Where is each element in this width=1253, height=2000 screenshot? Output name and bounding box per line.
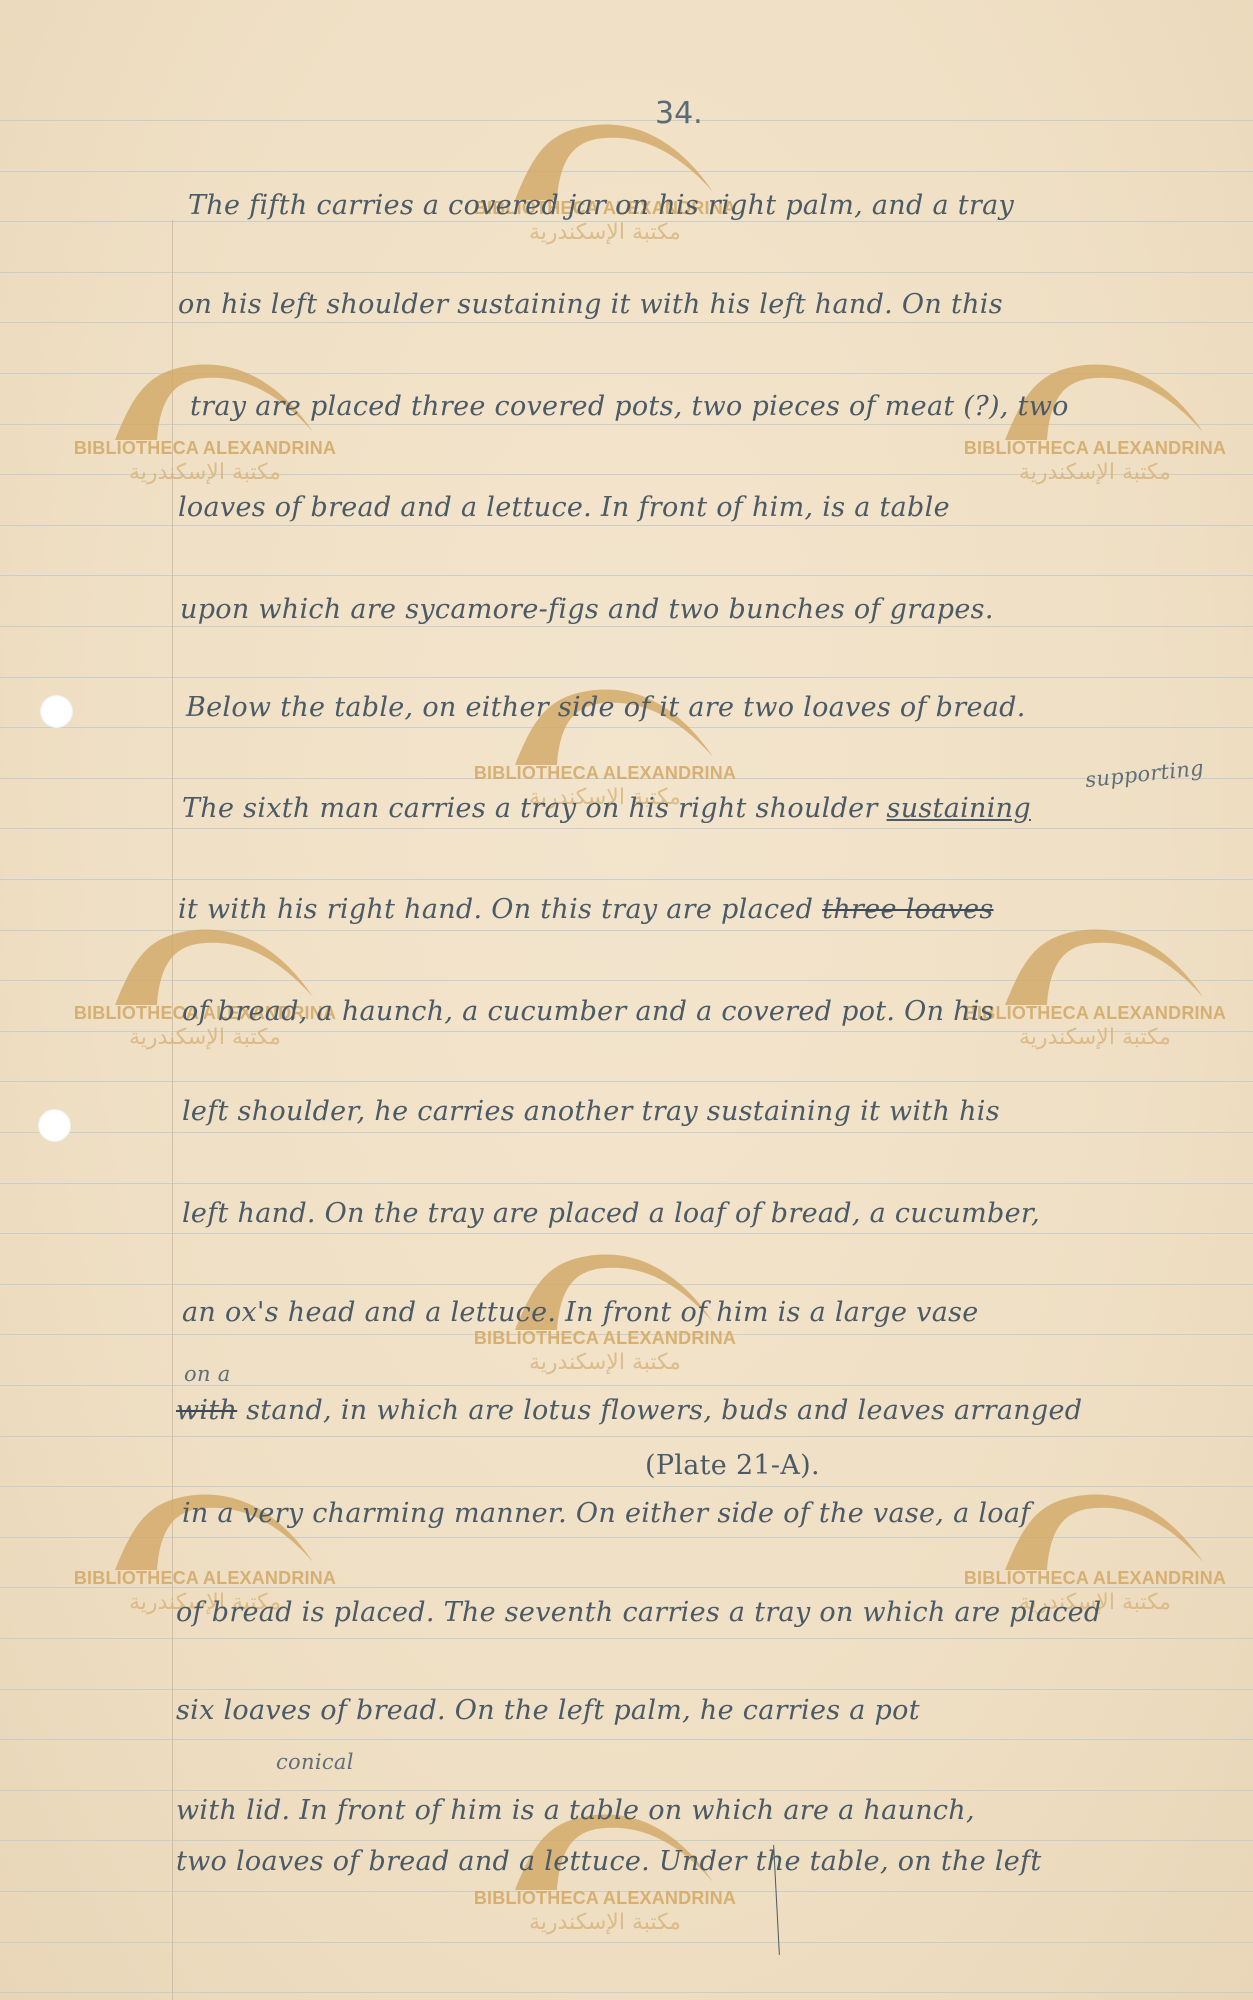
rule-line <box>0 677 1253 678</box>
rule-line <box>0 1132 1253 1133</box>
rule-line <box>0 424 1253 425</box>
text-line-9: of bread, a haunch, a cucumber and a cov… <box>182 996 994 1027</box>
rule-line <box>0 1233 1253 1234</box>
rule-line <box>0 1739 1253 1740</box>
rule-line <box>0 1436 1253 1437</box>
text-line-7: The sixth man carries a tray on his righ… <box>182 793 1031 824</box>
rule-line <box>0 1081 1253 1082</box>
margin-line <box>172 220 173 2000</box>
text-line-3: tray are placed three covered pots, two … <box>190 391 1069 422</box>
text-line-15: of bread is placed. The seventh carries … <box>176 1597 1102 1628</box>
text-line-10: left shoulder, he carries another tray s… <box>182 1096 1000 1127</box>
text-line-17: with lid. In front of him is a table on … <box>176 1795 975 1826</box>
rule-line <box>0 575 1253 576</box>
text-line-8-main: it with his right hand. On this tray are… <box>178 894 813 925</box>
plate-reference: (Plate 21-A). <box>645 1450 820 1481</box>
rule-line <box>0 1334 1253 1335</box>
watermark-text-en: BIBLIOTHECA ALEXANDRINA <box>945 1568 1245 1589</box>
text-line-16: six loaves of bread. On the left palm, h… <box>176 1695 920 1726</box>
text-line-4: loaves of bread and a lettuce. In front … <box>178 492 950 523</box>
rule-line <box>0 1537 1253 1538</box>
rule-line <box>0 1183 1253 1184</box>
rule-line <box>0 1992 1253 1993</box>
rule-line <box>0 626 1253 627</box>
rule-line <box>0 1284 1253 1285</box>
rule-line <box>0 221 1253 222</box>
rule-line <box>0 879 1253 880</box>
page-number: 34. <box>655 96 703 131</box>
rule-line <box>0 373 1253 374</box>
watermark-text-ar: مكتبة الإسكندرية <box>455 1350 755 1375</box>
text-line-6: Below the table, on either side of it ar… <box>186 692 1026 723</box>
rule-line <box>0 322 1253 323</box>
struck-word: with <box>176 1395 237 1426</box>
watermark-text-en: BIBLIOTHECA ALEXANDRINA <box>945 438 1245 459</box>
text-line-1: The fifth carries a covered jar on his r… <box>188 190 1014 221</box>
text-line-5: upon which are sycamore-figs and two bun… <box>180 594 994 625</box>
punch-hole <box>40 695 73 728</box>
rule-line <box>0 272 1253 273</box>
insertion-note: conical <box>276 1750 354 1774</box>
watermark-text-en: BIBLIOTHECA ALEXANDRINA <box>455 763 755 784</box>
rule-line <box>0 1790 1253 1791</box>
text-line-8: it with his right hand. On this tray are… <box>178 894 994 925</box>
rule-line <box>0 1587 1253 1588</box>
rule-line <box>0 1942 1253 1943</box>
rule-line <box>0 525 1253 526</box>
watermark-text-en: BIBLIOTHECA ALEXANDRINA <box>55 438 355 459</box>
watermark-text-ar: مكتبة الإسكندرية <box>945 1025 1245 1050</box>
insertion-note: supporting <box>1084 756 1205 792</box>
text-line-13: with stand, in which are lotus flowers, … <box>176 1395 1082 1426</box>
manuscript-page: BIBLIOTHECA ALEXANDRINAمكتبة الإسكندريةB… <box>0 0 1253 2000</box>
rule-line <box>0 1689 1253 1690</box>
watermark-text-en: BIBLIOTHECA ALEXANDRINA <box>55 1568 355 1589</box>
insertion-note: on a <box>184 1362 231 1386</box>
text-line-11: left hand. On the tray are placed a loaf… <box>182 1198 1040 1229</box>
watermark-text-ar: مكتبة الإسكندرية <box>945 460 1245 485</box>
rule-line <box>0 120 1253 121</box>
text-line-12: an ox's head and a lettuce. In front of … <box>182 1297 979 1328</box>
struck-word: sustaining <box>887 793 1031 824</box>
rule-line <box>0 1638 1253 1639</box>
rule-line <box>0 474 1253 475</box>
rule-line <box>0 980 1253 981</box>
rule-line <box>0 778 1253 779</box>
watermark-text-ar: مكتبة الإسكندرية <box>455 220 755 245</box>
text-line-18: two loaves of bread and a lettuce. Under… <box>176 1846 1042 1877</box>
rule-line <box>0 171 1253 172</box>
watermark-text-en: BIBLIOTHECA ALEXANDRINA <box>455 1328 755 1349</box>
text-line-14: in a very charming manner. On either sid… <box>182 1498 1031 1529</box>
watermark-text-ar: مكتبة الإسكندرية <box>55 1025 355 1050</box>
text-line-2: on his left shoulder sustaining it with … <box>178 289 1003 320</box>
rule-line <box>0 1486 1253 1487</box>
punch-hole <box>38 1109 71 1142</box>
watermark-text-ar: مكتبة الإسكندرية <box>55 460 355 485</box>
rule-line <box>0 1891 1253 1892</box>
rule-line <box>0 1840 1253 1841</box>
watermark-text-ar: مكتبة الإسكندرية <box>455 1910 755 1935</box>
rule-line <box>0 930 1253 931</box>
text-line-7-main: The sixth man carries a tray on his righ… <box>182 793 878 824</box>
text-line-13-main: stand, in which are lotus flowers, buds … <box>246 1395 1082 1426</box>
struck-words: three loaves <box>822 894 993 925</box>
rule-line <box>0 727 1253 728</box>
rule-line <box>0 1031 1253 1032</box>
rule-line <box>0 828 1253 829</box>
